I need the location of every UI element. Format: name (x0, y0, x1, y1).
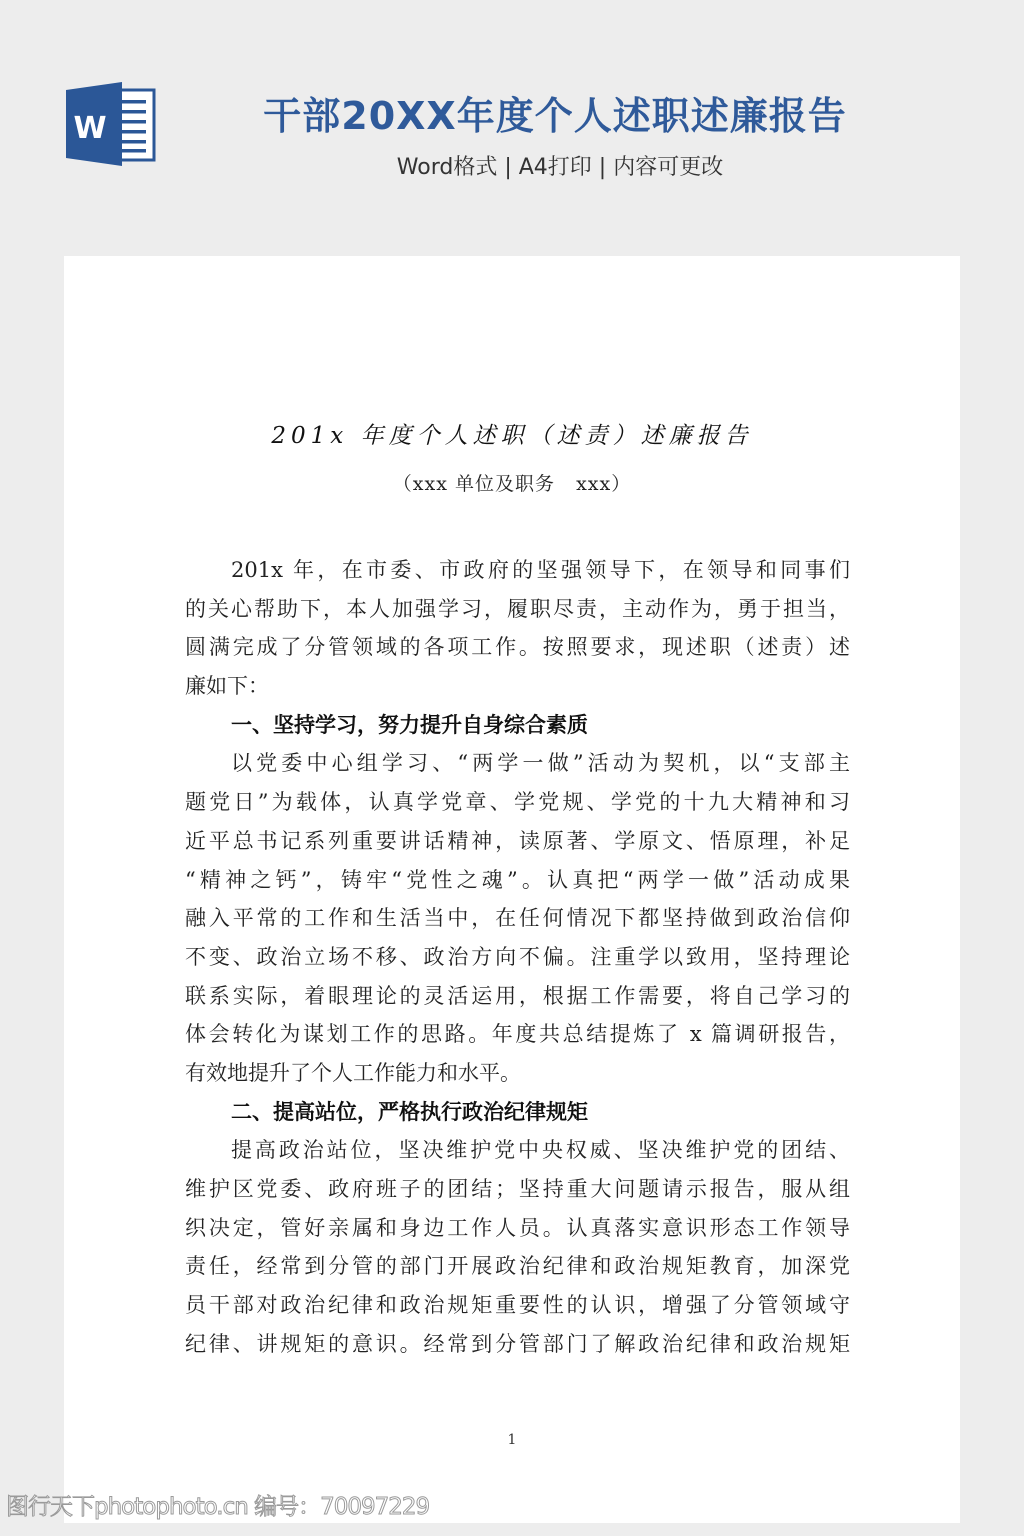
document-body: 201x 年，在市委、市政府的坚强领导下，在领导和同事们的关心帮助下，本人加强学… (185, 551, 850, 1363)
document-title: 201x 年度个人述职（述责）述廉报告 (64, 419, 960, 453)
paragraph-line: 提高政治站位，坚决维护党中央权威、坚决维护党的团结、 (185, 1131, 850, 1170)
paragraph-line: 有效地提升了个人工作能力和水平。 (185, 1054, 850, 1093)
document-page: 201x 年度个人述职（述责）述廉报告 （xxx 单位及职务 xxx） 201x… (64, 256, 960, 1523)
paragraph-line: 体会转化为谋划工作的思路。年度共总结提炼了 x 篇调研报告， (185, 1015, 850, 1054)
document-subtitle: （xxx 单位及职务 xxx） (64, 469, 960, 499)
paragraph-line: 廉如下： (185, 667, 850, 706)
paragraph-line: 纪律、讲规矩的意识。经常到分管部门了解政治纪律和政治规矩 (185, 1325, 850, 1364)
paragraph-line: 以党委中心组学习、“两学一做”活动为契机，以“支部主 (185, 744, 850, 783)
word-icon-letter: W (73, 111, 106, 146)
paragraph-line: “精神之钙”，铸牢“党性之魂”。认真把“两学一做”活动成果 (185, 861, 850, 900)
paragraph-line: 近平总书记系列重要讲话精神，读原著、学原文、悟原理，补足 (185, 822, 850, 861)
paragraph-line: 织决定，管好亲属和身边工作人员。认真落实意识形态工作领导 (185, 1209, 850, 1248)
paragraph-line: 圆满完成了分管领域的各项工作。按照要求，现述职（述责）述 (185, 628, 850, 667)
banner-subtitle: Word格式 | A4打印 | 内容可更改 (260, 152, 860, 184)
paragraph-line: 的关心帮助下，本人加强学习，履职尽责，主动作为，勇于担当， (185, 590, 850, 629)
paragraph-line: 融入平常的工作和生活当中，在任何情况下都坚持做到政治信仰 (185, 899, 850, 938)
paragraph-line: 联系实际，着眼理论的灵活运用，根据工作需要，将自己学习的 (185, 977, 850, 1016)
section-heading: 一、坚持学习，努力提升自身综合素质 (185, 706, 850, 745)
section-heading: 二、提高站位，严格执行政治纪律规矩 (185, 1093, 850, 1132)
paragraph-line: 201x 年，在市委、市政府的坚强领导下，在领导和同事们 (185, 551, 850, 590)
paragraph-line: 员干部对政治纪律和政治规矩重要性的认识，增强了分管领域守 (185, 1286, 850, 1325)
watermark: 图行天下photophoto.cn 编号：70097229 (6, 1492, 429, 1522)
page-number: 1 (64, 1432, 960, 1448)
banner-title: 干部20XX年度个人述职述廉报告 (240, 92, 870, 140)
paragraph-line: 维护区党委、政府班子的团结；坚持重大问题请示报告，服从组 (185, 1170, 850, 1209)
paragraph-line: 不变、政治立场不移、政治方向不偏。注重学以致用，坚持理论 (185, 938, 850, 977)
word-icon: W (66, 82, 156, 166)
paragraph-line: 责任，经常到分管的部门开展政治纪律和政治规矩教育，加深党 (185, 1247, 850, 1286)
paragraph-line: 题党日”为载体，认真学党章、学党规、学党的十九大精神和习 (185, 783, 850, 822)
